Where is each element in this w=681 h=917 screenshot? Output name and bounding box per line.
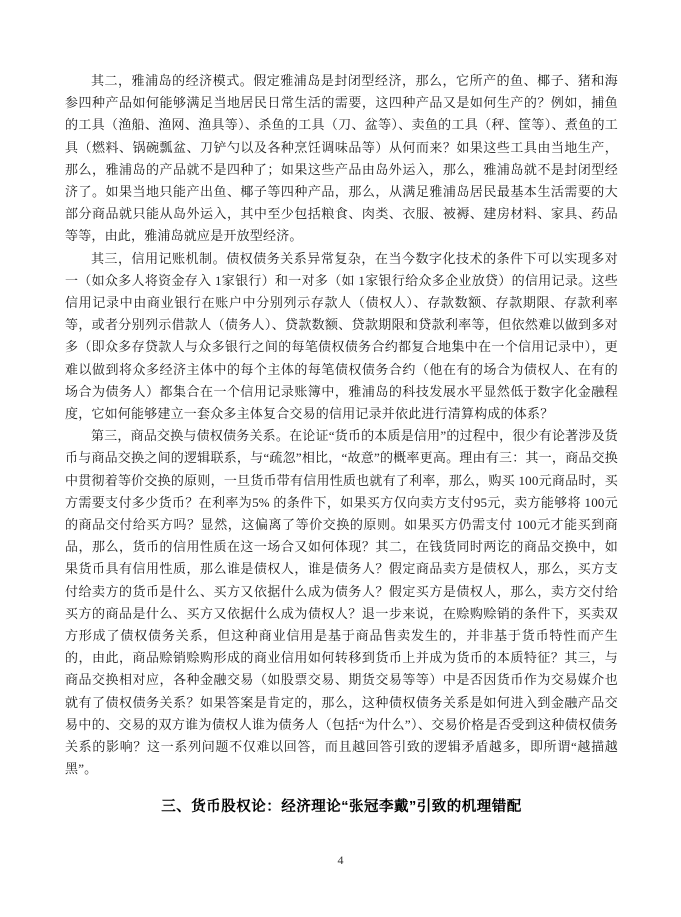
paragraph-commodity-exchange: 第三，商品交换与债权债务关系。在论证“货币的本质是信用”的过程中，很少有论著涉及… [65, 425, 618, 780]
paragraph-yapu-economic-model: 其二，雅浦岛的经济模式。假定雅浦岛是封闭型经济，那么，它所产的鱼、椰子、猪和海参… [65, 70, 618, 248]
section-heading: 三、货币股权论：经济理论“张冠李戴”引致的机理错配 [65, 796, 618, 818]
paragraph-credit-bookkeeping: 其三，信用记账机制。债权债务关系异常复杂，在当今数字化技术的条件下可以实现多对一… [65, 248, 618, 426]
page-number: 4 [0, 852, 681, 868]
document-page: 其二，雅浦岛的经济模式。假定雅浦岛是封闭型经济，那么，它所产的鱼、椰子、猪和海参… [0, 0, 681, 917]
body-text-block: 其二，雅浦岛的经济模式。假定雅浦岛是封闭型经济，那么，它所产的鱼、椰子、猪和海参… [65, 70, 618, 781]
